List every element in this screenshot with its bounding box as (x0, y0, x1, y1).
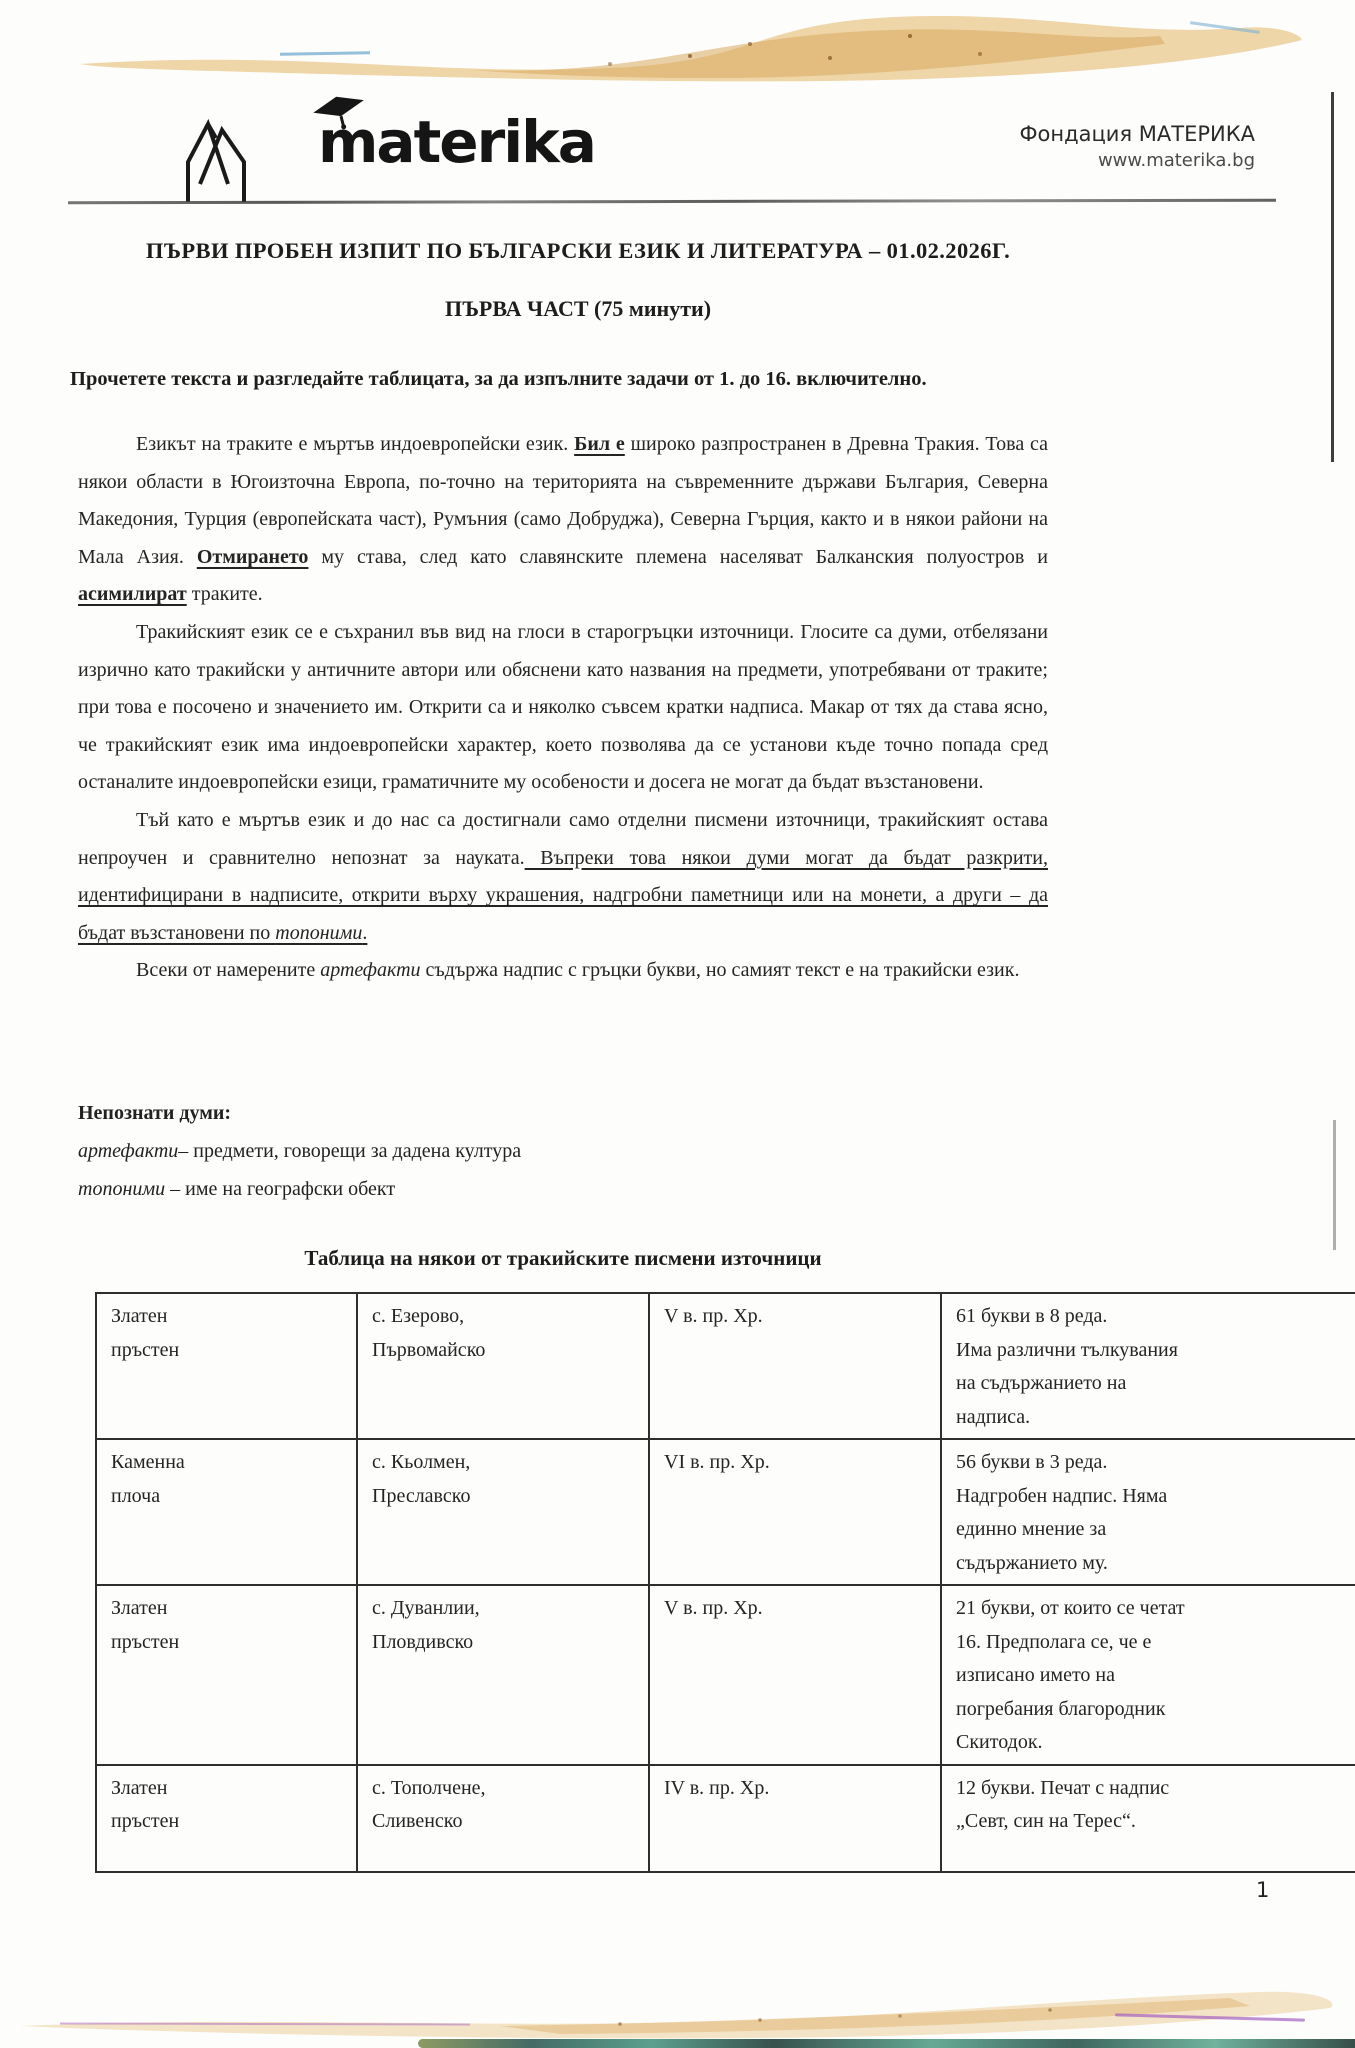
cell-location: с. Кьолмен, Преславско (357, 1439, 649, 1585)
table-row: Каменна плоча с. Кьолмен, Преславско VI … (96, 1439, 1355, 1585)
passage-paragraph: Езикът на траките е мъртъв индоевропейск… (78, 426, 1048, 614)
cell-location: с. Тополчене, Сливенско (357, 1765, 649, 1872)
cell-description: 12 букви. Печат с надпис „Севт, син на Т… (941, 1765, 1355, 1872)
cell-century: V в. пр. Хр. (649, 1293, 941, 1439)
unknown-word-entry: топоними – име на географски обект (78, 1170, 1048, 1208)
thracian-sources-table: Златен пръстен с. Езерово, Първомайско V… (95, 1292, 1355, 1873)
instruction-line: Прочетете текста и разгледайте таблицата… (70, 368, 1055, 391)
scan-artifact-bottom-band (0, 1982, 1355, 2040)
unknown-word-entry: артефакти– предмети, говорещи за дадена … (78, 1132, 1048, 1170)
scanned-exam-page: materika Фондация МАТЕРИКА www.materika.… (0, 0, 1355, 2048)
cell-century: V в. пр. Хр. (649, 1585, 941, 1765)
passage-paragraph: Всеки от намерените артефакти съдържа на… (78, 952, 1048, 990)
cell-description: 21 букви, от които се четат 16. Предпола… (941, 1585, 1355, 1765)
table-title: Таблица на някои от тракийските писмени … (78, 1246, 1048, 1271)
cell-description: 56 букви в 3 реда. Надгробен надпис. Ням… (941, 1439, 1355, 1585)
cell-artifact: Златен пръстен (96, 1765, 357, 1872)
cell-artifact: Златен пръстен (96, 1585, 357, 1765)
scan-artifact-right-edge (1331, 92, 1334, 462)
table-row: Златен пръстен с. Тополчене, Сливенско I… (96, 1765, 1355, 1872)
cell-century: IV в. пр. Хр. (649, 1765, 941, 1872)
unknown-words-heading: Непознати думи: (78, 1094, 1048, 1132)
materika-logo-mark-icon (178, 118, 256, 202)
cell-location: с. Езерово, Първомайско (357, 1293, 649, 1439)
cell-description: 61 букви в 8 реда. Има различни тълкуван… (941, 1293, 1355, 1439)
materika-logo-text: materika (318, 108, 595, 176)
passage-paragraph: Тъй като е мъртъв език и до нас са дости… (78, 802, 1048, 952)
foundation-block: Фондация МАТЕРИКА www.materika.bg (1019, 122, 1255, 171)
page-number: 1 (1256, 1878, 1269, 1902)
unknown-words-section: Непознати думи: артефакти– предмети, гов… (78, 1094, 1048, 1208)
cell-century: VI в. пр. Хр. (649, 1439, 941, 1585)
exam-part-subtitle: ПЪРВА ЧАСТ (75 минути) (78, 296, 1078, 322)
table-row: Златен пръстен с. Езерово, Първомайско V… (96, 1293, 1355, 1439)
reading-passage: Езикът на траките е мъртъв индоевропейск… (78, 426, 1048, 990)
exam-title: ПЪРВИ ПРОБЕН ИЗПИТ ПО БЪЛГАРСКИ ЕЗИК И Л… (78, 238, 1078, 264)
cell-artifact: Златен пръстен (96, 1293, 357, 1439)
table-row: Златен пръстен с. Дуванлии, Пловдивско V… (96, 1585, 1355, 1765)
foundation-website: www.materika.bg (1019, 150, 1255, 171)
cell-artifact: Каменна плоча (96, 1439, 357, 1585)
scan-artifact-next-page-edge (418, 2039, 1355, 2048)
scan-artifact-top-band (50, 6, 1310, 84)
passage-paragraph: Тракийският език се е съхранил във вид н… (78, 614, 1048, 802)
cell-location: с. Дуванлии, Пловдивско (357, 1585, 649, 1765)
scan-artifact-right-edge (1333, 1120, 1336, 1250)
foundation-name: Фондация МАТЕРИКА (1019, 122, 1255, 146)
